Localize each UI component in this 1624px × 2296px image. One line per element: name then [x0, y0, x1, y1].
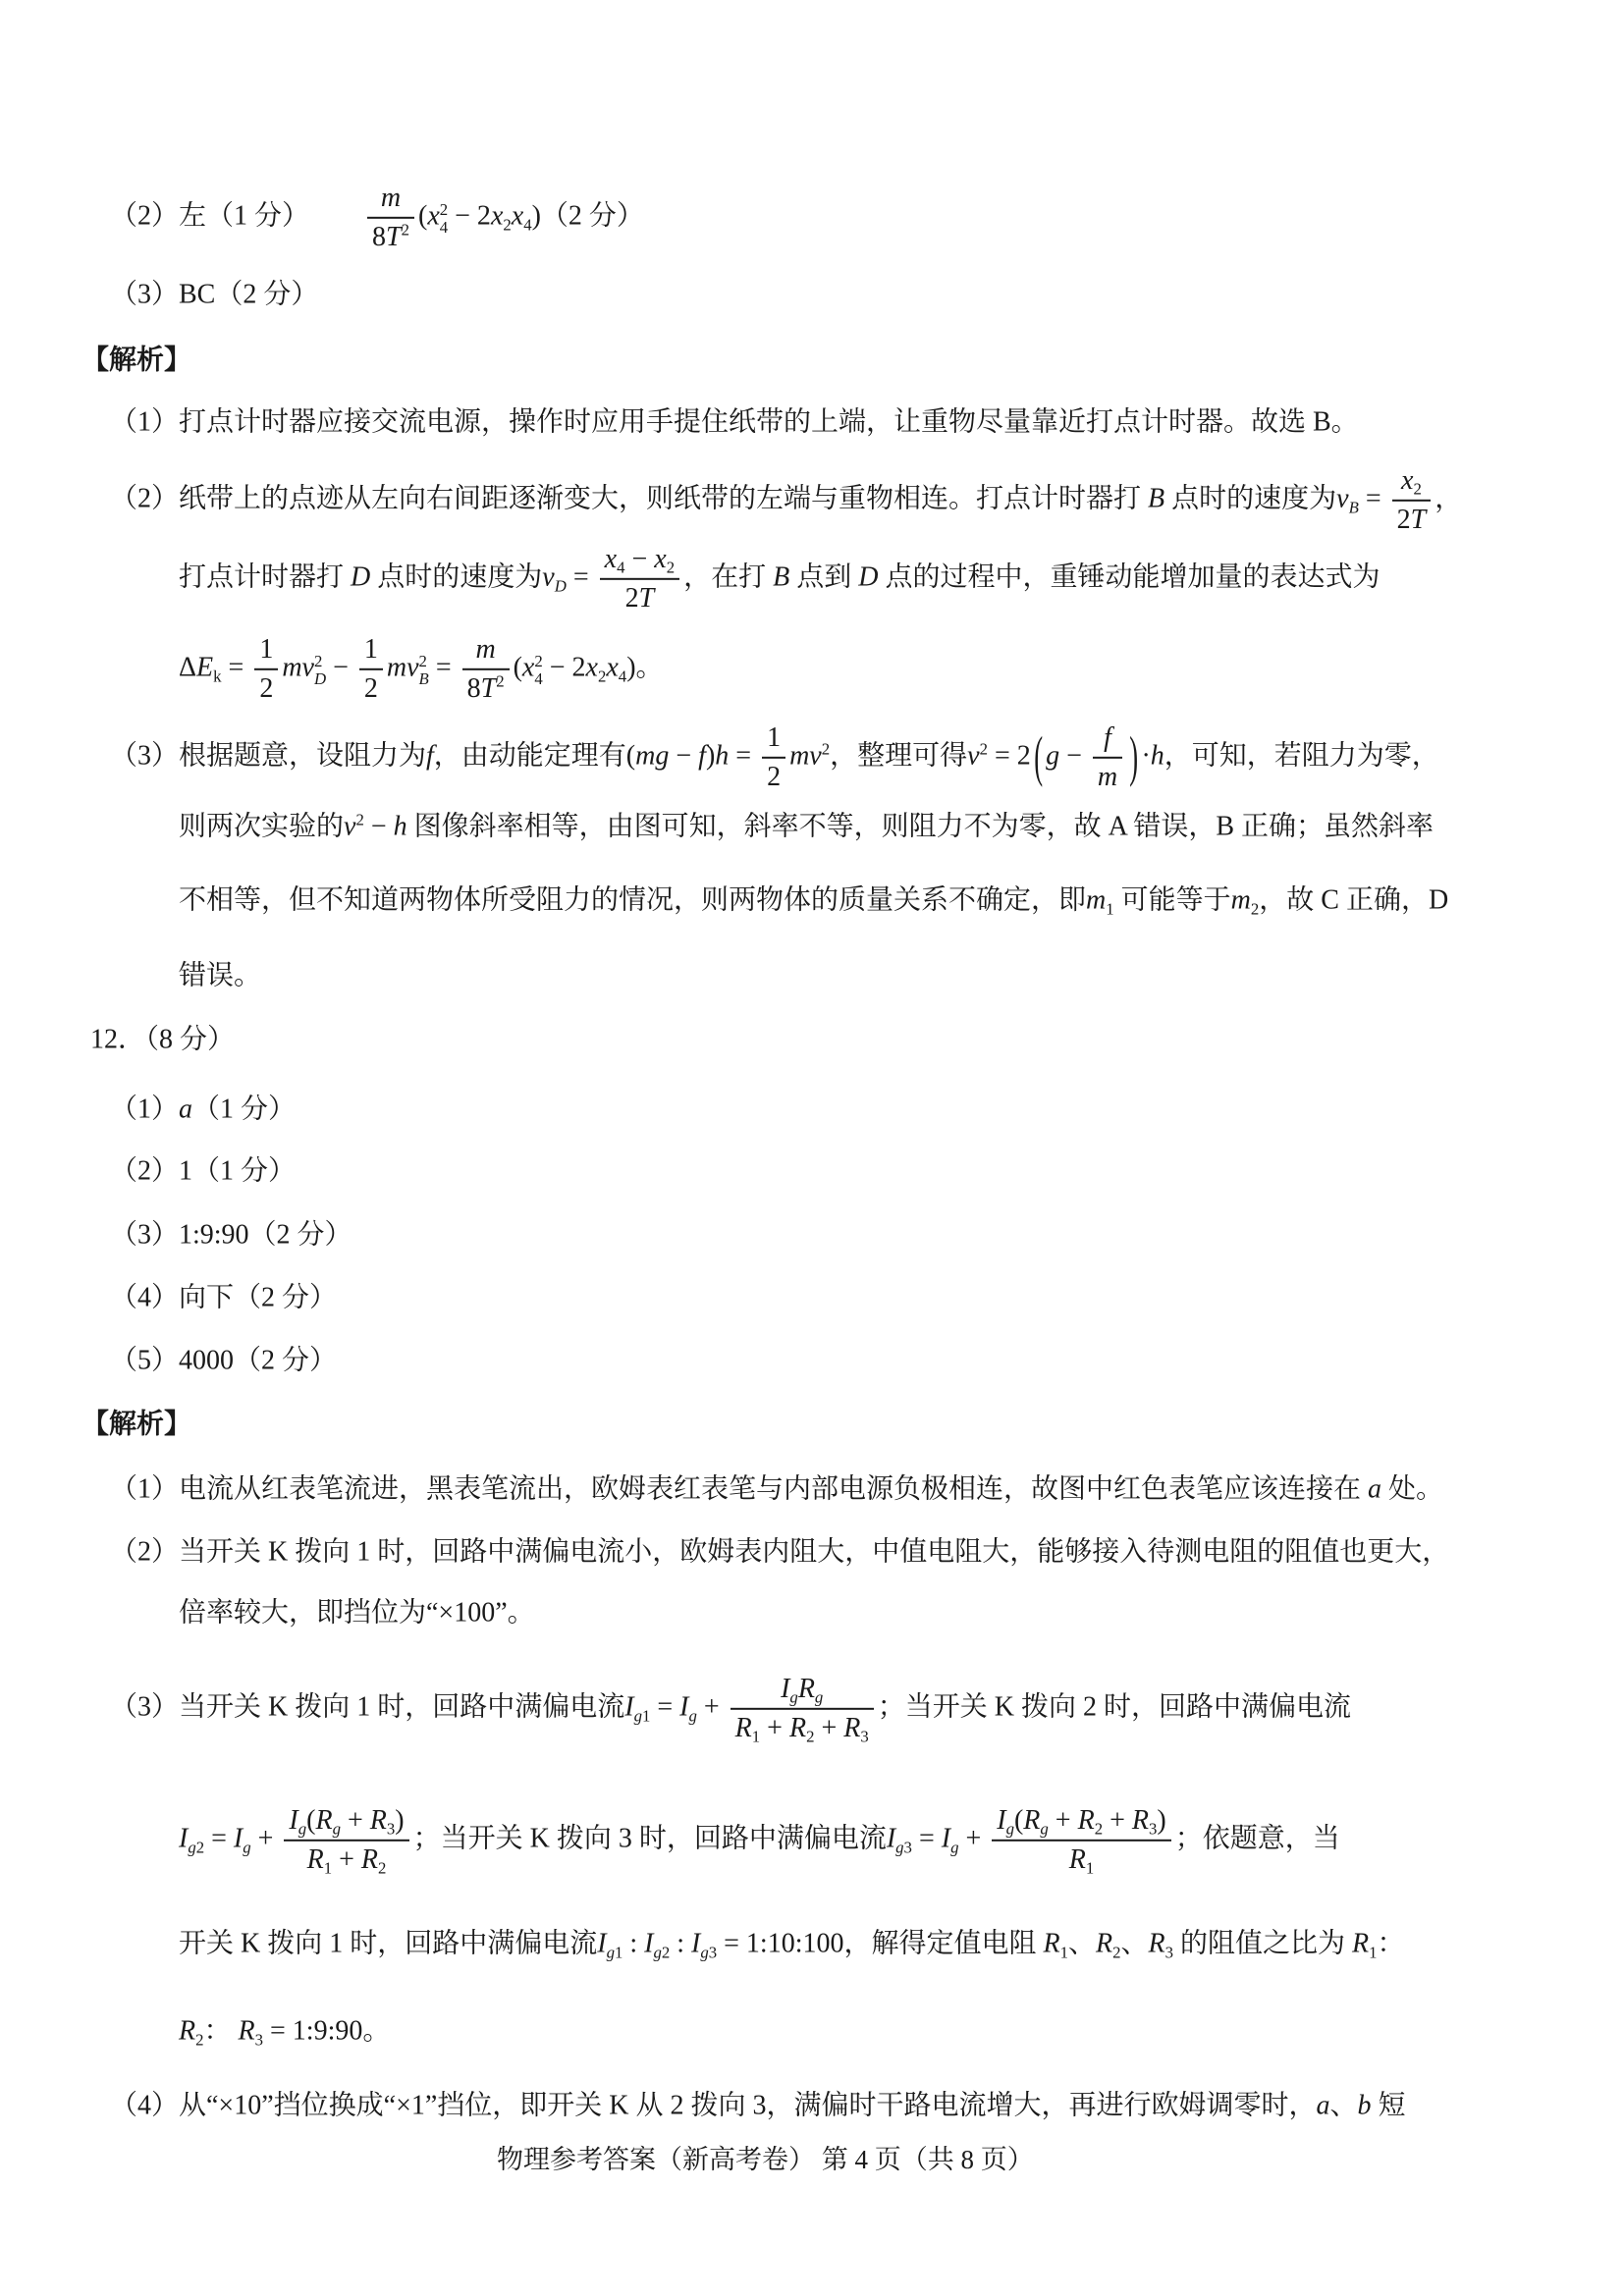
math-variable: R	[798, 1674, 815, 1704]
math-variable: g	[1040, 1820, 1048, 1839]
solution-11-1: （1）打点计时器应接交流电源，操作时应用手提住纸带的上端，让重物尽量靠近打点计时…	[110, 402, 1359, 441]
math-fraction: IgRgR1 + R2 + R3	[731, 1674, 874, 1744]
math-variable: m	[1098, 762, 1117, 792]
math-variable: B	[1349, 498, 1359, 516]
solution-12-3d: R2： R3 = 1:9:90。	[179, 2011, 390, 2050]
math-subscript: g	[243, 1838, 250, 1856]
math-variable: R	[1043, 1928, 1059, 1958]
math-variable: D	[351, 561, 370, 592]
math-subscript: g3	[895, 1838, 912, 1856]
math-variable: x	[654, 544, 666, 574]
math-subscript: k	[213, 667, 221, 685]
math-superscript: 2	[402, 221, 409, 240]
math-subscript: 2	[378, 1859, 386, 1878]
math-subscript: D	[555, 576, 567, 595]
math-variable: g	[243, 1838, 250, 1856]
math-variable: g	[895, 1838, 903, 1856]
math-subscript: 3	[255, 2030, 263, 2049]
math-variable: m	[1086, 884, 1106, 915]
solution-11-2a: （2）纸带上的点迹从左向右间距逐渐变大，则纸带的左端与重物相连。打点计时器打 B…	[110, 465, 1462, 536]
math-variable: I	[887, 1823, 895, 1853]
math-subscript: 4	[523, 215, 531, 234]
question-12-header: 12．（8 分）	[90, 1020, 235, 1058]
math-variable: x	[522, 652, 534, 682]
math-fraction: fm	[1093, 722, 1122, 793]
math-superscript: 2	[822, 739, 830, 758]
page-footer-text: 物理参考答案（新高考卷） 第 4 页（共 8 页）	[497, 2145, 1034, 2174]
math-variable: R	[1078, 1805, 1095, 1836]
math-variable: g	[653, 1943, 661, 1961]
math-subscript: 4	[619, 667, 626, 685]
math-variable: mv	[789, 740, 822, 771]
math-variable: R	[239, 2015, 255, 2046]
math-fraction: m8T2	[462, 634, 510, 705]
math-subscript: g2	[188, 1838, 204, 1856]
math-variable: g	[1006, 1820, 1014, 1839]
math-variable: I	[289, 1805, 298, 1836]
math-variable: g	[789, 1688, 797, 1707]
math-variable: I	[179, 1823, 188, 1853]
math-variable: g	[298, 1820, 306, 1839]
analysis-heading-12: 【解析】	[81, 1405, 191, 1443]
math-subscript: g2	[653, 1943, 670, 1961]
math-variable: R	[1132, 1805, 1149, 1836]
math-variable: R	[1149, 1928, 1165, 1958]
math-variable: I	[597, 1928, 606, 1958]
solution-12-1: （1）电流从红表笔流进，黑表笔流出，欧姆表红表笔与内部电源负极相连，故图中红色表…	[110, 1469, 1443, 1508]
math-subscript: g	[815, 1688, 823, 1707]
math-variable: I	[942, 1823, 950, 1853]
math-subscript: g	[298, 1820, 306, 1839]
math-subscript: g	[1006, 1820, 1014, 1839]
analysis-heading-11: 【解析】	[81, 341, 191, 379]
math-fraction: Ig(Rg + R3)R1 + R2	[284, 1805, 408, 1876]
math-variable: x	[605, 544, 617, 574]
math-variable: I	[691, 1928, 700, 1958]
math-variable: R	[315, 1805, 332, 1836]
math-big-paren: )	[1129, 719, 1138, 797]
answer-12-4: （4）向下（2 分）	[110, 1278, 337, 1316]
solution-12-3c: 开关 K 拨向 1 时，回路中满偏电流Ig1 : Ig2 : Ig3 = 1:1…	[179, 1924, 1405, 1962]
math-superscript: 2	[355, 810, 363, 828]
math-fraction: Ig(Rg + R2 + R3)R1	[992, 1805, 1170, 1876]
math-big-paren: (	[1034, 719, 1043, 797]
math-fraction: 12	[254, 634, 278, 705]
math-supsub: 24	[534, 652, 542, 689]
math-variable: T	[639, 583, 655, 614]
math-variable: D	[555, 576, 567, 595]
math-subscript: 1	[324, 1859, 332, 1878]
math-variable: x	[1401, 465, 1413, 496]
solution-12-2a: （2）当开关 K 拨向 1 时，回路中满偏电流小，欧姆表内阻大，中值电阻大，能够…	[110, 1532, 1449, 1571]
math-subscript: 1	[1106, 899, 1113, 918]
math-variable: f	[698, 740, 706, 771]
math-fraction: 12	[762, 722, 785, 793]
math-variable: x	[606, 652, 618, 682]
answer-12-2: （2）1（1 分）	[110, 1151, 296, 1190]
math-variable: g	[815, 1688, 823, 1707]
math-subscript: 3	[860, 1728, 868, 1746]
math-variable: v	[967, 740, 979, 771]
math-variable: mv	[282, 652, 314, 682]
math-variable: b	[1358, 2090, 1372, 2120]
math-variable: x	[491, 200, 503, 231]
math-variable: g	[950, 1838, 958, 1856]
document-page: （2）左（1 分）m8T2(x24 − 2x2x4)（2 分）（3）BC（2 分…	[0, 0, 1624, 2296]
math-variable: m	[381, 183, 401, 213]
answer-12-5: （5）4000（2 分）	[110, 1341, 337, 1379]
math-variable: R	[179, 2015, 195, 2046]
math-variable: I	[624, 1691, 633, 1722]
math-variable: R	[1069, 1844, 1086, 1875]
solution-11-2b: 打点计时器打 D 点时的速度为vD = x4 − x22T，在打 B 点到 D …	[179, 544, 1380, 614]
math-variable: R	[1352, 1928, 1369, 1958]
answer-11-2: （2）左（1 分）m8T2(x24 − 2x2x4)（2 分）	[110, 183, 644, 253]
math-subscript: 1	[752, 1728, 760, 1746]
math-variable: m	[475, 634, 495, 665]
math-variable: D	[858, 561, 878, 592]
math-variable: R	[735, 1713, 752, 1743]
math-variable: g	[1046, 740, 1059, 771]
math-subscript: g1	[634, 1706, 651, 1725]
math-subscript: 2	[1112, 1943, 1120, 1961]
math-subscript: 1	[1369, 1943, 1377, 1961]
math-variable: R	[843, 1713, 860, 1743]
math-subscript: g	[333, 1820, 341, 1839]
math-subscript: 1	[1086, 1859, 1094, 1878]
math-variable: x	[427, 200, 439, 231]
math-variable: mv	[387, 652, 419, 682]
math-variable: a	[1368, 1473, 1381, 1504]
math-fraction: 12	[359, 634, 383, 705]
math-variable: f	[426, 740, 434, 771]
solution-11-3a: （3）根据题意，设阻力为f，由动能定理有(mg − f)h = 12mv2，整理…	[110, 722, 1439, 793]
math-variable: E	[196, 652, 213, 682]
math-variable: g	[188, 1838, 195, 1856]
math-subscript: g	[1040, 1820, 1048, 1839]
math-subscript: 1	[1060, 1943, 1068, 1961]
math-variable: g	[688, 1706, 696, 1725]
math-variable: R	[1023, 1805, 1040, 1836]
answer-12-3: （3）1:9:90（2 分）	[110, 1215, 352, 1254]
math-subscript: B	[1349, 498, 1359, 516]
math-subscript: 4	[617, 559, 624, 577]
answer-12-1: （1）a（1 分）	[110, 1090, 296, 1128]
math-variable: g	[607, 1943, 615, 1961]
math-subscript: g	[950, 1838, 958, 1856]
math-subscript: g	[688, 1706, 696, 1725]
answer-11-3: （3）BC（2 分）	[110, 275, 318, 313]
math-variable: T	[386, 222, 402, 252]
solution-12-2b: 倍率较大，即挡位为“×100”。	[179, 1593, 535, 1631]
math-variable: R	[361, 1844, 378, 1875]
math-variable: I	[997, 1805, 1005, 1836]
math-variable: v	[344, 811, 355, 841]
math-variable: mg	[635, 740, 669, 771]
math-fraction: x22T	[1392, 465, 1432, 536]
math-variable: B	[419, 669, 429, 688]
math-variable: R	[1096, 1928, 1112, 1958]
page-footer: 物理参考答案（新高考卷） 第 4 页（共 8 页）	[497, 2142, 1034, 2179]
solution-12-4a: （4）从“×10”挡位换成“×1”挡位，即开关 K 从 2 拨向 3，满偏时干路…	[110, 2086, 1406, 2124]
math-supsub: 24	[440, 200, 448, 238]
math-variable: B	[1148, 483, 1164, 513]
math-variable: R	[789, 1713, 806, 1743]
math-variable: T	[481, 673, 497, 704]
math-variable: R	[370, 1805, 387, 1836]
math-variable: a	[179, 1094, 192, 1124]
math-subscript: 2	[195, 2030, 203, 2049]
math-fraction: m8T2	[367, 183, 414, 253]
math-subscript: g	[789, 1688, 797, 1707]
math-superscript: 2	[980, 739, 988, 758]
math-variable: h	[1151, 740, 1164, 771]
solution-12-3a: （3）当开关 K 拨向 1 时，回路中满偏电流Ig1 = Ig + IgRgR1…	[110, 1674, 1351, 1744]
math-variable: I	[234, 1823, 243, 1853]
math-variable: f	[1104, 722, 1111, 753]
math-variable: v	[542, 561, 554, 592]
math-variable: x	[512, 200, 523, 231]
math-subscript: 2	[1413, 480, 1421, 499]
math-variable: h	[715, 740, 729, 771]
math-variable: g	[634, 1706, 642, 1725]
math-subscript: g3	[700, 1943, 717, 1961]
solution-11-2c: ΔEk = 12mv2D − 12mv2B = m8T2(x24 − 2x2x4…	[179, 634, 664, 705]
math-subscript: 2	[1095, 1820, 1103, 1839]
math-subscript: 2	[806, 1728, 814, 1746]
math-subscript: 2	[1251, 899, 1259, 918]
math-variable: v	[1336, 483, 1348, 513]
math-variable: D	[314, 669, 326, 688]
math-variable: R	[307, 1844, 324, 1875]
solution-12-3b: Ig2 = Ig + Ig(Rg + R3)R1 + R2；当开关 K 拨向 3…	[179, 1805, 1340, 1876]
solution-11-3d: 错误。	[179, 956, 261, 994]
math-subscript: g1	[607, 1943, 623, 1961]
math-subscript: 2	[667, 559, 675, 577]
math-subscript: 2	[503, 215, 511, 234]
solution-11-3c: 不相等，但不知道两物体所受阻力的情况，则两物体的质量关系不确定，即m1 可能等于…	[179, 881, 1448, 919]
math-supsub: 2D	[314, 652, 326, 689]
math-variable: T	[1411, 505, 1427, 535]
math-supsub: 2B	[419, 652, 429, 689]
math-fraction: x4 − x22T	[600, 544, 679, 614]
solution-11-3b: 则两次实验的v2 − h 图像斜率相等，由图可知，斜率不等，则阻力不为零，故 A…	[179, 807, 1434, 845]
math-variable: m	[1231, 884, 1251, 915]
math-superscript: 2	[496, 672, 504, 691]
math-subscript: 3	[1165, 1943, 1173, 1961]
math-variable: h	[394, 811, 407, 841]
math-variable: x	[586, 652, 598, 682]
math-variable: g	[700, 1943, 708, 1961]
math-subscript: 3	[1149, 1820, 1157, 1839]
math-subscript: 3	[387, 1820, 395, 1839]
math-variable: B	[773, 561, 789, 592]
math-variable: a	[1317, 2090, 1330, 2120]
math-variable: g	[333, 1820, 341, 1839]
